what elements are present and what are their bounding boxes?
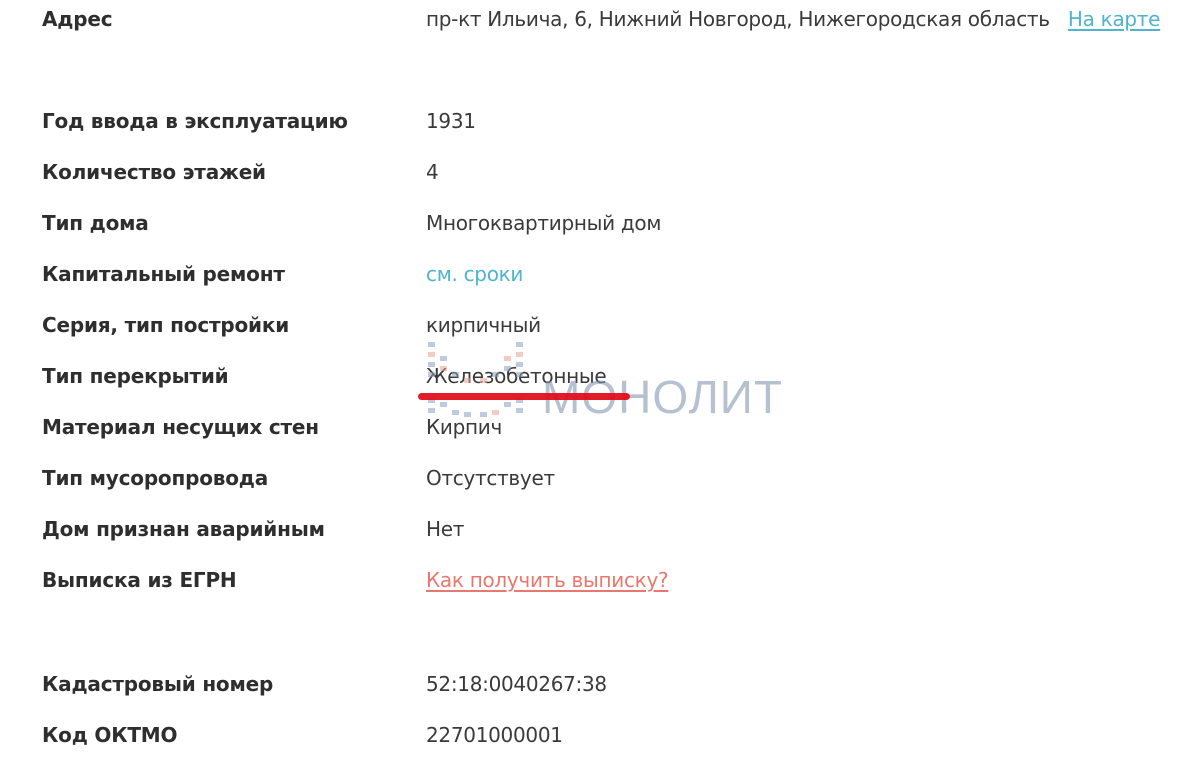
label-capital-repair: Капитальный ремонт [42,254,426,294]
row-garbage-chute: Тип мусоропровода Отсутствует [42,458,1192,509]
value-oktmo-code: 22701000001 [426,715,1192,755]
value-wall-material: Кирпич [426,407,1192,447]
row-oktmo-code: Код ОКТМО 22701000001 [42,715,1192,766]
value-garbage-chute: Отсутствует [426,458,1192,498]
value-cadastral-number: 52:18:0040267:38 [426,664,1192,704]
value-emergency-status: Нет [426,509,1192,549]
row-capital-repair: Капитальный ремонт см. сроки [42,254,1192,305]
address-text: пр-кт Ильича, 6, Нижний Новгород, Нижего… [426,7,1050,31]
row-year-built: Год ввода в эксплуатацию 1931 [42,101,1192,152]
red-underline-highlight-icon [418,393,630,400]
row-floors: Количество этажей 4 [42,152,1192,203]
label-house-type: Тип дома [42,203,426,243]
on-map-link[interactable]: На карте [1068,7,1160,31]
value-address: пр-кт Ильича, 6, Нижний Новгород, Нижего… [426,0,1192,45]
row-emergency-status: Дом признан аварийным Нет [42,509,1192,560]
value-year-built: 1931 [426,101,1192,141]
row-address: Адрес пр-кт Ильича, 6, Нижний Новгород, … [42,0,1192,101]
house-info-table: Адрес пр-кт Ильича, 6, Нижний Новгород, … [42,0,1192,766]
label-emergency-status: Дом признан аварийным [42,509,426,549]
row-wall-material: Материал несущих стен Кирпич [42,407,1192,458]
see-terms-link[interactable]: см. сроки [426,262,523,286]
label-wall-material: Материал несущих стен [42,407,426,447]
label-floor-slab-type: Тип перекрытий [42,356,426,396]
row-egrn-extract: Выписка из ЕГРН Как получить выписку? [42,560,1192,611]
label-building-series: Серия, тип постройки [42,305,426,345]
label-address: Адрес [42,0,426,39]
value-egrn-extract: Как получить выписку? [426,560,1192,600]
value-floors: 4 [426,152,1192,192]
how-to-get-extract-link[interactable]: Как получить выписку? [426,568,668,592]
label-garbage-chute: Тип мусоропровода [42,458,426,498]
label-egrn-extract: Выписка из ЕГРН [42,560,426,600]
label-floors: Количество этажей [42,152,426,192]
row-building-series: Серия, тип постройки кирпичный [42,305,1192,356]
label-oktmo-code: Код ОКТМО [42,715,426,755]
row-spacer [42,611,1192,664]
row-house-type: Тип дома Многоквартирный дом [42,203,1192,254]
value-building-series: кирпичный [426,305,1192,345]
label-cadastral-number: Кадастровый номер [42,664,426,704]
label-year-built: Год ввода в эксплуатацию [42,101,426,141]
row-cadastral-number: Кадастровый номер 52:18:0040267:38 [42,664,1192,715]
value-capital-repair: см. сроки [426,254,1192,294]
value-floor-slab-type: Железобетонные [426,356,1192,396]
value-house-type: Многоквартирный дом [426,203,1192,243]
